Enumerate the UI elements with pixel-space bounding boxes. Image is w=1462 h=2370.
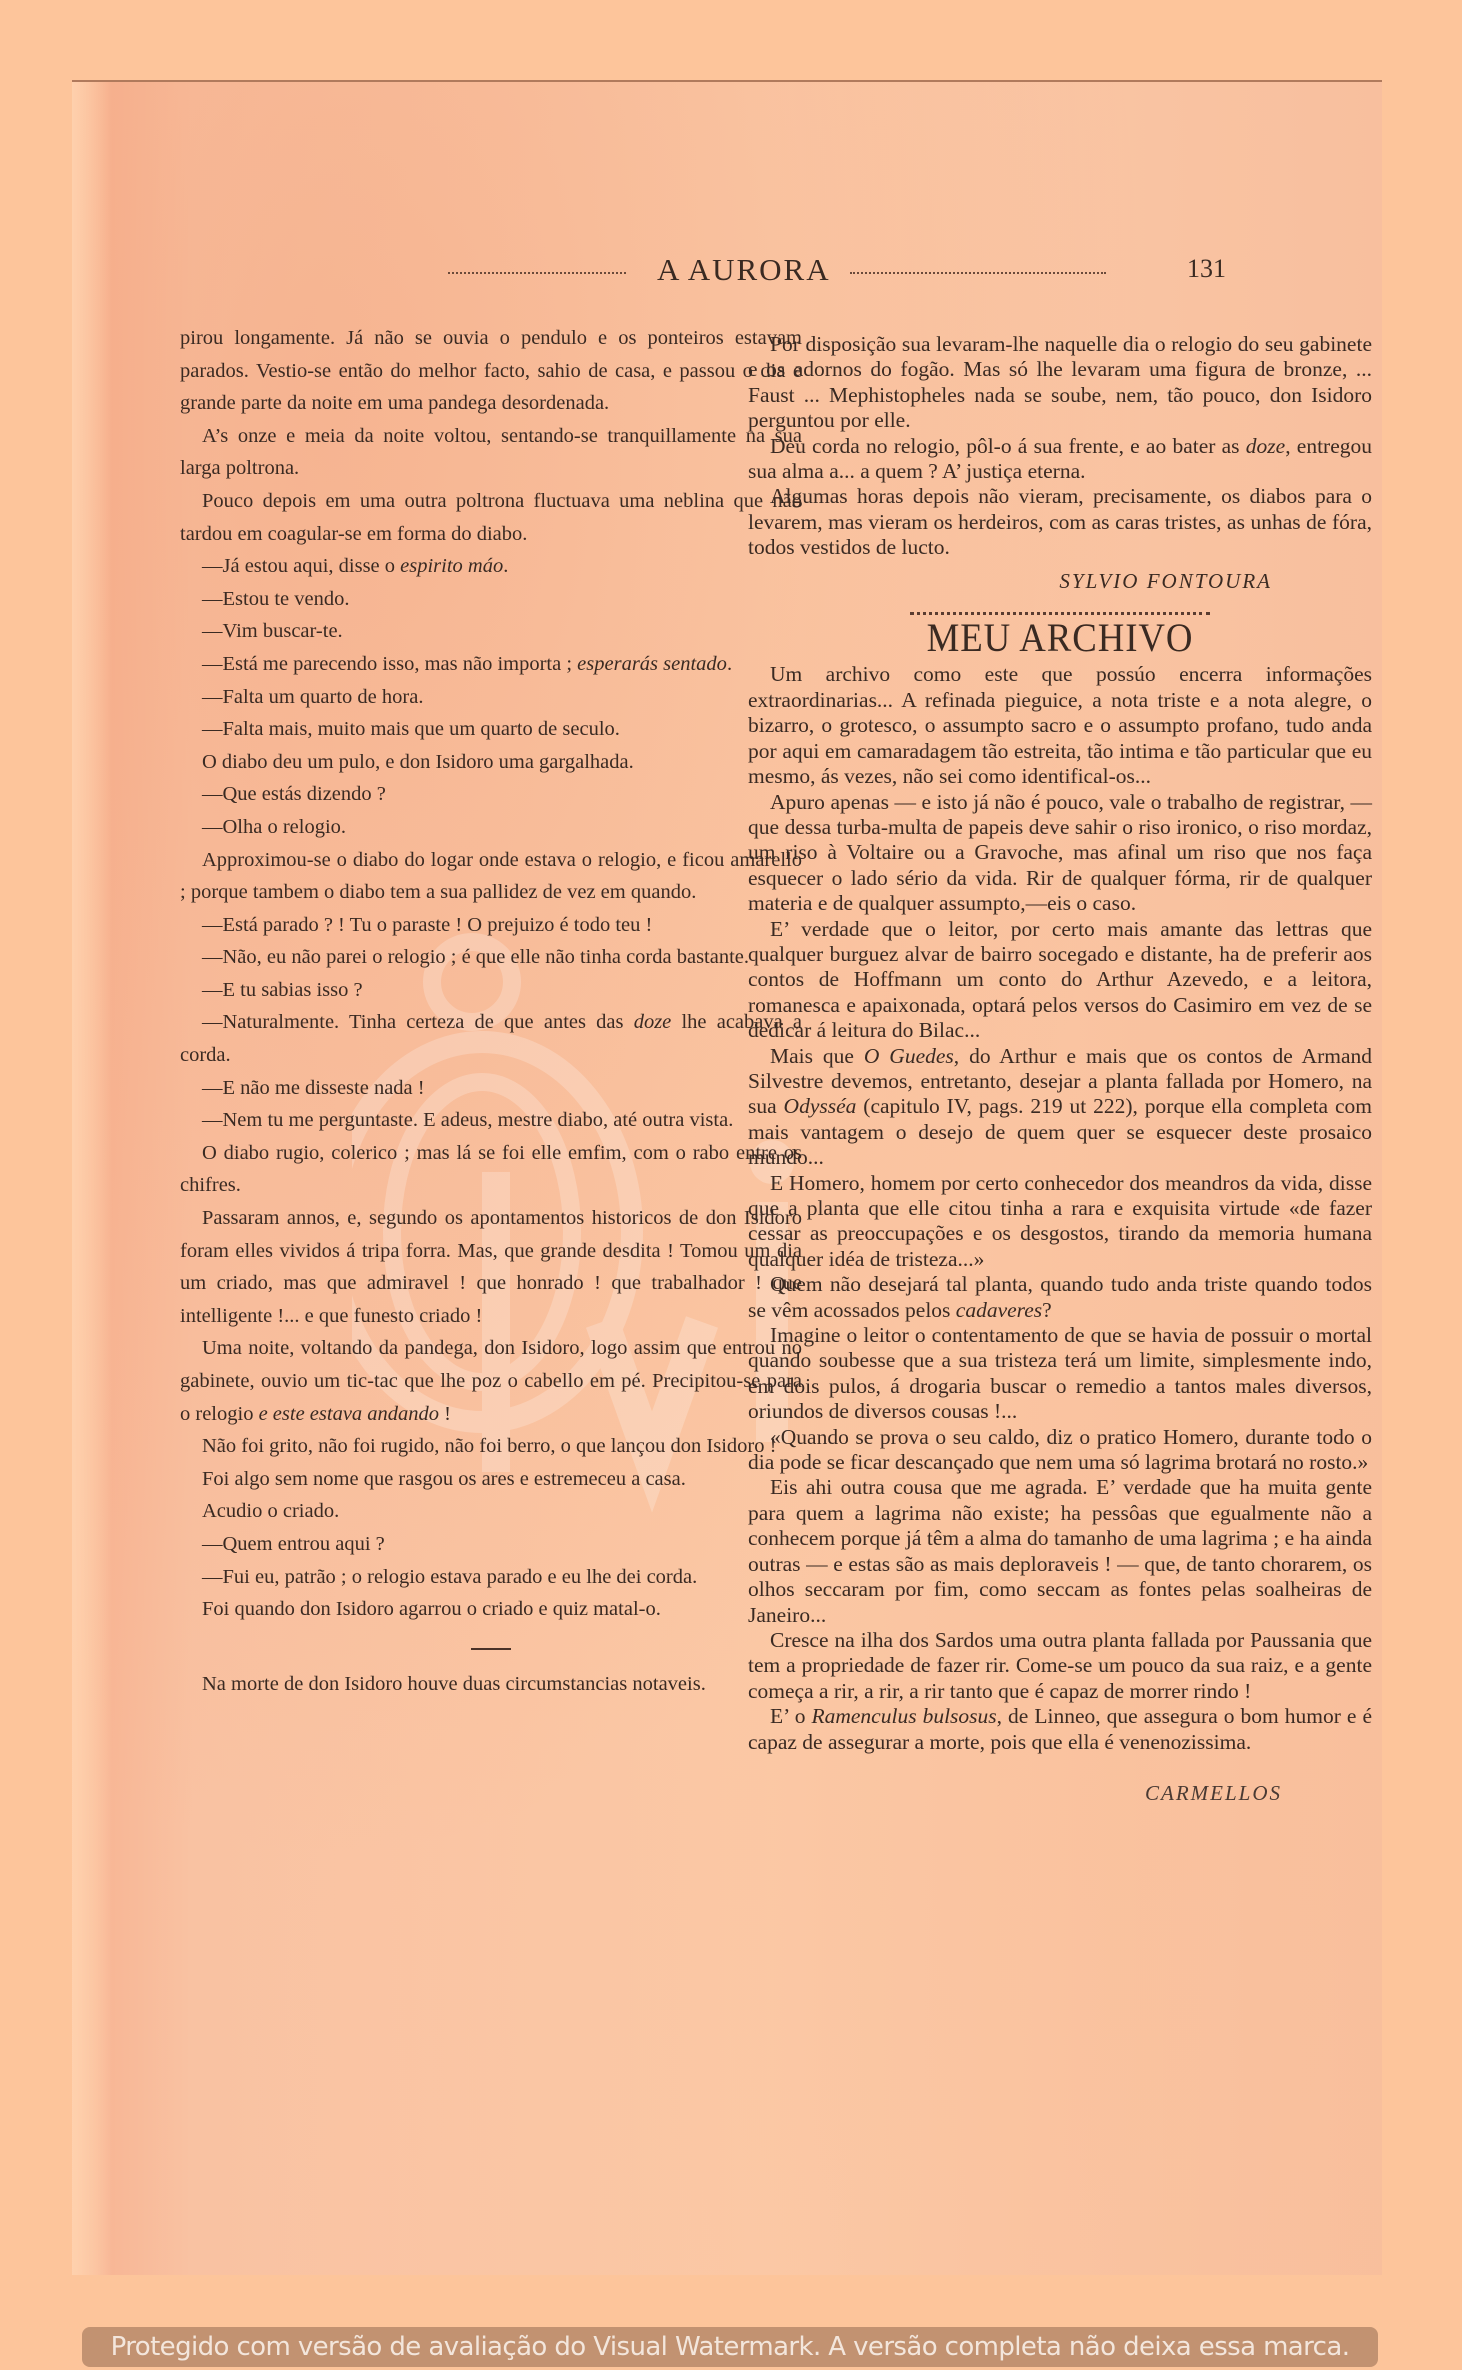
paragraph: Não foi grito, não foi rugido, não foi b… [180,1430,802,1463]
paragraph: —Olha o relogio. [180,811,802,844]
paragraph-text: Passaram annos, e, segundo os apontament… [180,1207,802,1327]
paragraph: Apuro apenas — e isto já não é pouco, va… [748,790,1372,917]
paragraph-text: Imagine o leitor o contentamento de que … [748,1323,1372,1423]
header-rule-right [850,272,1106,274]
section-signature: CARMELLOS [748,1781,1282,1806]
paragraph-text: —Naturalmente. Tinha certeza de que ante… [202,1011,634,1033]
paragraph-text: —Quem entrou aqui ? [202,1533,385,1555]
paragraph-text: Approximou-se o diabo do logar onde esta… [180,849,802,904]
paragraph-text: . [503,555,508,577]
italic-text: doze [634,1011,672,1033]
paragraph: O diabo deu um pulo, e don Isidoro uma g… [180,746,802,779]
paragraph-text: O diabo deu um pulo, e don Isidoro uma g… [202,751,634,773]
paragraph: Algumas horas depois não vieram, precisa… [748,484,1372,560]
paragraph-text: ? [1042,1298,1052,1322]
paragraph-text: Por disposição sua levaram-lhe naquelle … [748,332,1372,432]
italic-text: doze [1246,434,1285,458]
paragraph: —Quem entrou aqui ? [180,1528,802,1561]
paragraph: Uma noite, voltando da pandega, don Isid… [180,1332,802,1430]
paragraph: Passaram annos, e, segundo os apontament… [180,1202,802,1332]
paragraph: —E tu sabias isso ? [180,974,802,1007]
section-separator [471,1648,511,1650]
left-column: pirou longamente. Já não se ouvia o pend… [180,322,802,1700]
paragraph: —Falta mais, muito mais que um quarto de… [180,713,802,746]
story-signature: SYLVIO FONTOURA [748,569,1272,594]
newspaper-page: A AURORA 131 pirou longamente. Já não se… [72,80,1382,2275]
paragraph: Cresce na ilha dos Sardos uma outra plan… [748,1628,1372,1704]
paragraph: Mais que O Guedes, do Arthur e mais que … [748,1044,1372,1171]
paragraph-text: —Vim buscar-te. [202,620,343,642]
paragraph: Eis ahi outra cousa que me agrada. E’ ve… [748,1475,1372,1627]
paragraph: —E não me disseste nada ! [180,1072,802,1105]
paragraph-text: —Já estou aqui, disse o [202,555,400,577]
italic-text: O Guedes [864,1044,954,1068]
newspaper-title: A AURORA [657,252,831,288]
paragraph: Um archivo como este que possúo encerra … [748,662,1372,789]
paragraph: —Naturalmente. Tinha certeza de que ante… [180,1006,802,1071]
paragraph: —Que estás dizendo ? [180,778,802,811]
section-title: MEU ARCHIVO [773,625,1347,650]
paragraph: E’ o Ramenculus bulsosus, de Linneo, que… [748,1704,1372,1755]
paragraph-text: —E não me disseste nada ! [202,1077,425,1099]
paragraph-text: Mais que [770,1044,864,1068]
paragraph-text: Eis ahi outra cousa que me agrada. E’ ve… [748,1475,1372,1626]
paragraph-text: —Falta mais, muito mais que um quarto de… [202,718,620,740]
paragraph-text: ! [439,1403,451,1425]
paragraph: E Homero, homem por certo conhecedor dos… [748,1171,1372,1273]
paragraph: —Não, eu não parei o relogio ; é que ell… [180,941,802,974]
header-rule-left [448,272,626,274]
paragraph-text: —Não, eu não parei o relogio ; é que ell… [202,946,749,968]
watermark-banner: Protegido com versão de avaliação do Vis… [82,2327,1378,2367]
paragraph-text: Deu corda no relogio, pôl-o á sua frente… [770,434,1246,458]
paragraph-text: Não foi grito, não foi rugido, não foi b… [202,1435,776,1457]
paragraph-text: Quem não desejará tal planta, quando tud… [748,1272,1372,1321]
paragraph: Deu corda no relogio, pôl-o á sua frente… [748,434,1372,485]
paragraph: —Nem tu me perguntaste. E adeus, mestre … [180,1104,802,1137]
paragraph: Por disposição sua levaram-lhe naquelle … [748,332,1372,434]
paragraph: —Estou te vendo. [180,583,802,616]
paragraph: «Quando se prova o seu caldo, diz o prat… [748,1425,1372,1476]
paragraph-text: —Que estás dizendo ? [202,783,386,805]
section-body: Um archivo como este que possúo encerra … [748,662,1372,1754]
paragraph: —Falta um quarto de hora. [180,681,802,714]
paragraph-text: Foi algo sem nome que rasgou os ares e e… [202,1468,686,1490]
paragraph: Imagine o leitor o contentamento de que … [748,1323,1372,1425]
paragraph: Quem não desejará tal planta, quando tud… [748,1272,1372,1323]
paragraph-text: Algumas horas depois não vieram, precisa… [748,484,1372,559]
paragraph-text: pirou longamente. Já não se ouvia o pend… [180,327,802,414]
paragraph-text: Na morte de don Isidoro houve duas circu… [202,1673,706,1695]
paragraph-text: —Estou te vendo. [202,588,349,610]
paragraph: Approximou-se o diabo do logar onde esta… [180,844,802,909]
paragraph: —Está parado ? ! Tu o paraste ! O prejui… [180,909,802,942]
paragraph: —Está me parecendo isso, mas não importa… [180,648,802,681]
paragraph: —Vim buscar-te. [180,615,802,648]
paragraph-text: —Falta um quarto de hora. [202,686,423,708]
paragraph-text: —E tu sabias isso ? [202,979,363,1001]
story-ending: Por disposição sua levaram-lhe naquelle … [748,332,1372,561]
italic-text: espirito máo [400,555,503,577]
paragraph-text: —Está parado ? ! Tu o paraste ! O prejui… [202,914,652,936]
italic-text: Odysséa [784,1094,857,1118]
paragraph-text: «Quando se prova o seu caldo, diz o prat… [748,1425,1372,1474]
italic-text: e este estava andando [259,1403,439,1425]
paragraph: Acudio o criado. [180,1495,802,1528]
paragraph-text: Cresce na ilha dos Sardos uma outra plan… [748,1628,1372,1703]
paragraph-text: —Está me parecendo isso, mas não importa… [202,653,577,675]
paragraph: Pouco depois em uma outra poltrona fluct… [180,485,802,550]
right-column: Por disposição sua levaram-lhe naquelle … [748,332,1372,1806]
paragraph: —Já estou aqui, disse o espirito máo. [180,550,802,583]
paragraph: O diabo rugio, colerico ; mas lá se foi … [180,1137,802,1202]
paragraph-text: Pouco depois em uma outra poltrona fluct… [180,490,802,545]
paragraph: Foi quando don Isidoro agarrou o criado … [180,1593,802,1626]
paragraph-text: —Nem tu me perguntaste. E adeus, mestre … [202,1109,733,1131]
page-number: 131 [1187,254,1226,284]
paragraph-text: . [727,653,732,675]
paragraph-text: A’s onze e meia da noite voltou, sentand… [180,425,802,480]
italic-text: cadaveres [956,1298,1042,1322]
paragraph-text: —Olha o relogio. [202,816,346,838]
page-header: A AURORA 131 [72,250,1382,290]
paragraph-text: Um archivo como este que possúo encerra … [748,662,1372,788]
paragraph: Foi algo sem nome que rasgou os ares e e… [180,1463,802,1496]
paragraph-text: Apuro apenas — e isto já não é pouco, va… [748,790,1372,916]
italic-text: Ramenculus bulsosus [811,1704,996,1728]
paragraph-text: Acudio o criado. [202,1500,339,1522]
paragraph-text: E’ o [770,1704,811,1728]
paragraph-text: Foi quando don Isidoro agarrou o criado … [202,1598,661,1620]
paragraph-text: —Fui eu, patrão ; o relogio estava parad… [202,1566,697,1588]
paragraph: Na morte de don Isidoro houve duas circu… [180,1668,802,1701]
paragraph: pirou longamente. Já não se ouvia o pend… [180,322,802,420]
paragraph-text: O diabo rugio, colerico ; mas lá se foi … [180,1142,802,1197]
paragraph: E’ verdade que o leitor, por certo mais … [748,917,1372,1044]
paragraph: A’s onze e meia da noite voltou, sentand… [180,420,802,485]
paragraph-text: E’ verdade que o leitor, por certo mais … [748,917,1372,1043]
paragraph: —Fui eu, patrão ; o relogio estava parad… [180,1561,802,1594]
paragraph-text: E Homero, homem por certo conhecedor dos… [748,1171,1372,1271]
italic-text: esperarás sentado [577,653,727,675]
